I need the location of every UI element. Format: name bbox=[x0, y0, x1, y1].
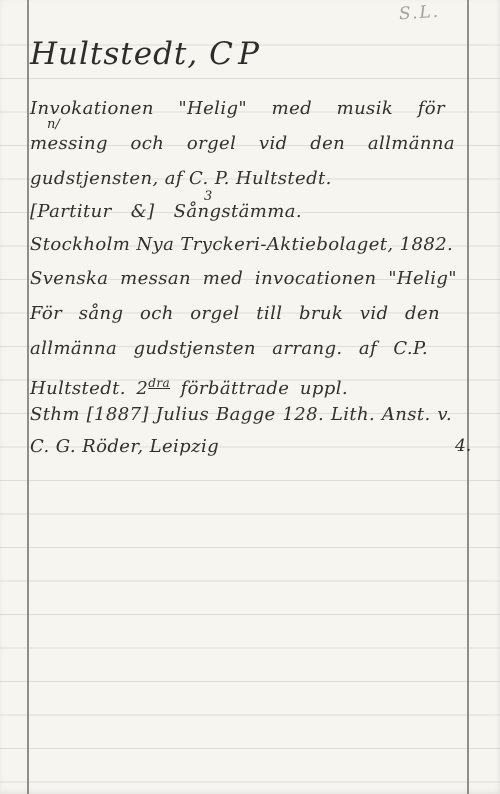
line-9-superscript: dra bbox=[148, 376, 170, 390]
line-9-rest: förbättrade uppl. bbox=[170, 378, 348, 399]
pencil-annotation: S.L. bbox=[398, 2, 440, 25]
handwritten-line-1: Invokationen "Helig" med musik för bbox=[30, 96, 445, 122]
handwritten-line-8: allmänna gudstjensten arrang. af C.P. bbox=[30, 336, 428, 362]
handwritten-line-11: C. G. Röder, Leipzig bbox=[30, 434, 218, 460]
handwritten-line-7: För sång och orgel till bruk vid den bbox=[30, 301, 440, 327]
handwritten-line-10: Sthm [1887] Julius Bagge 128. Lith. Anst… bbox=[30, 402, 452, 428]
handwritten-line-4: [Partitur &] Sångstämma. bbox=[30, 199, 302, 225]
left-margin-line bbox=[27, 0, 29, 794]
right-margin-line bbox=[467, 0, 469, 794]
handwritten-line-3: gudstjensten, af C. P. Hultstedt. bbox=[30, 166, 330, 192]
card-heading: Hultstedt, C P bbox=[30, 36, 260, 72]
handwritten-line-2: messing och orgel vid den allmänna bbox=[30, 131, 455, 157]
handwritten-line-6: Svenska messan med invocationen "Helig" bbox=[30, 266, 457, 292]
heading-surname: Hultstedt, C bbox=[30, 36, 234, 72]
handwritten-line-5: Stockholm Nya Tryckeri-Aktiebolaget, 188… bbox=[30, 232, 428, 258]
page-number: 4. bbox=[455, 436, 471, 456]
heading-initial: P bbox=[238, 36, 260, 72]
catalog-card-page: S.L. Hultstedt, C P n/ 3 Invokationen "H… bbox=[0, 0, 500, 794]
line-9-main: Hultstedt. 2 bbox=[30, 378, 148, 399]
handwritten-line-9: Hultstedt. 2dra förbättrade uppl. bbox=[30, 370, 348, 402]
